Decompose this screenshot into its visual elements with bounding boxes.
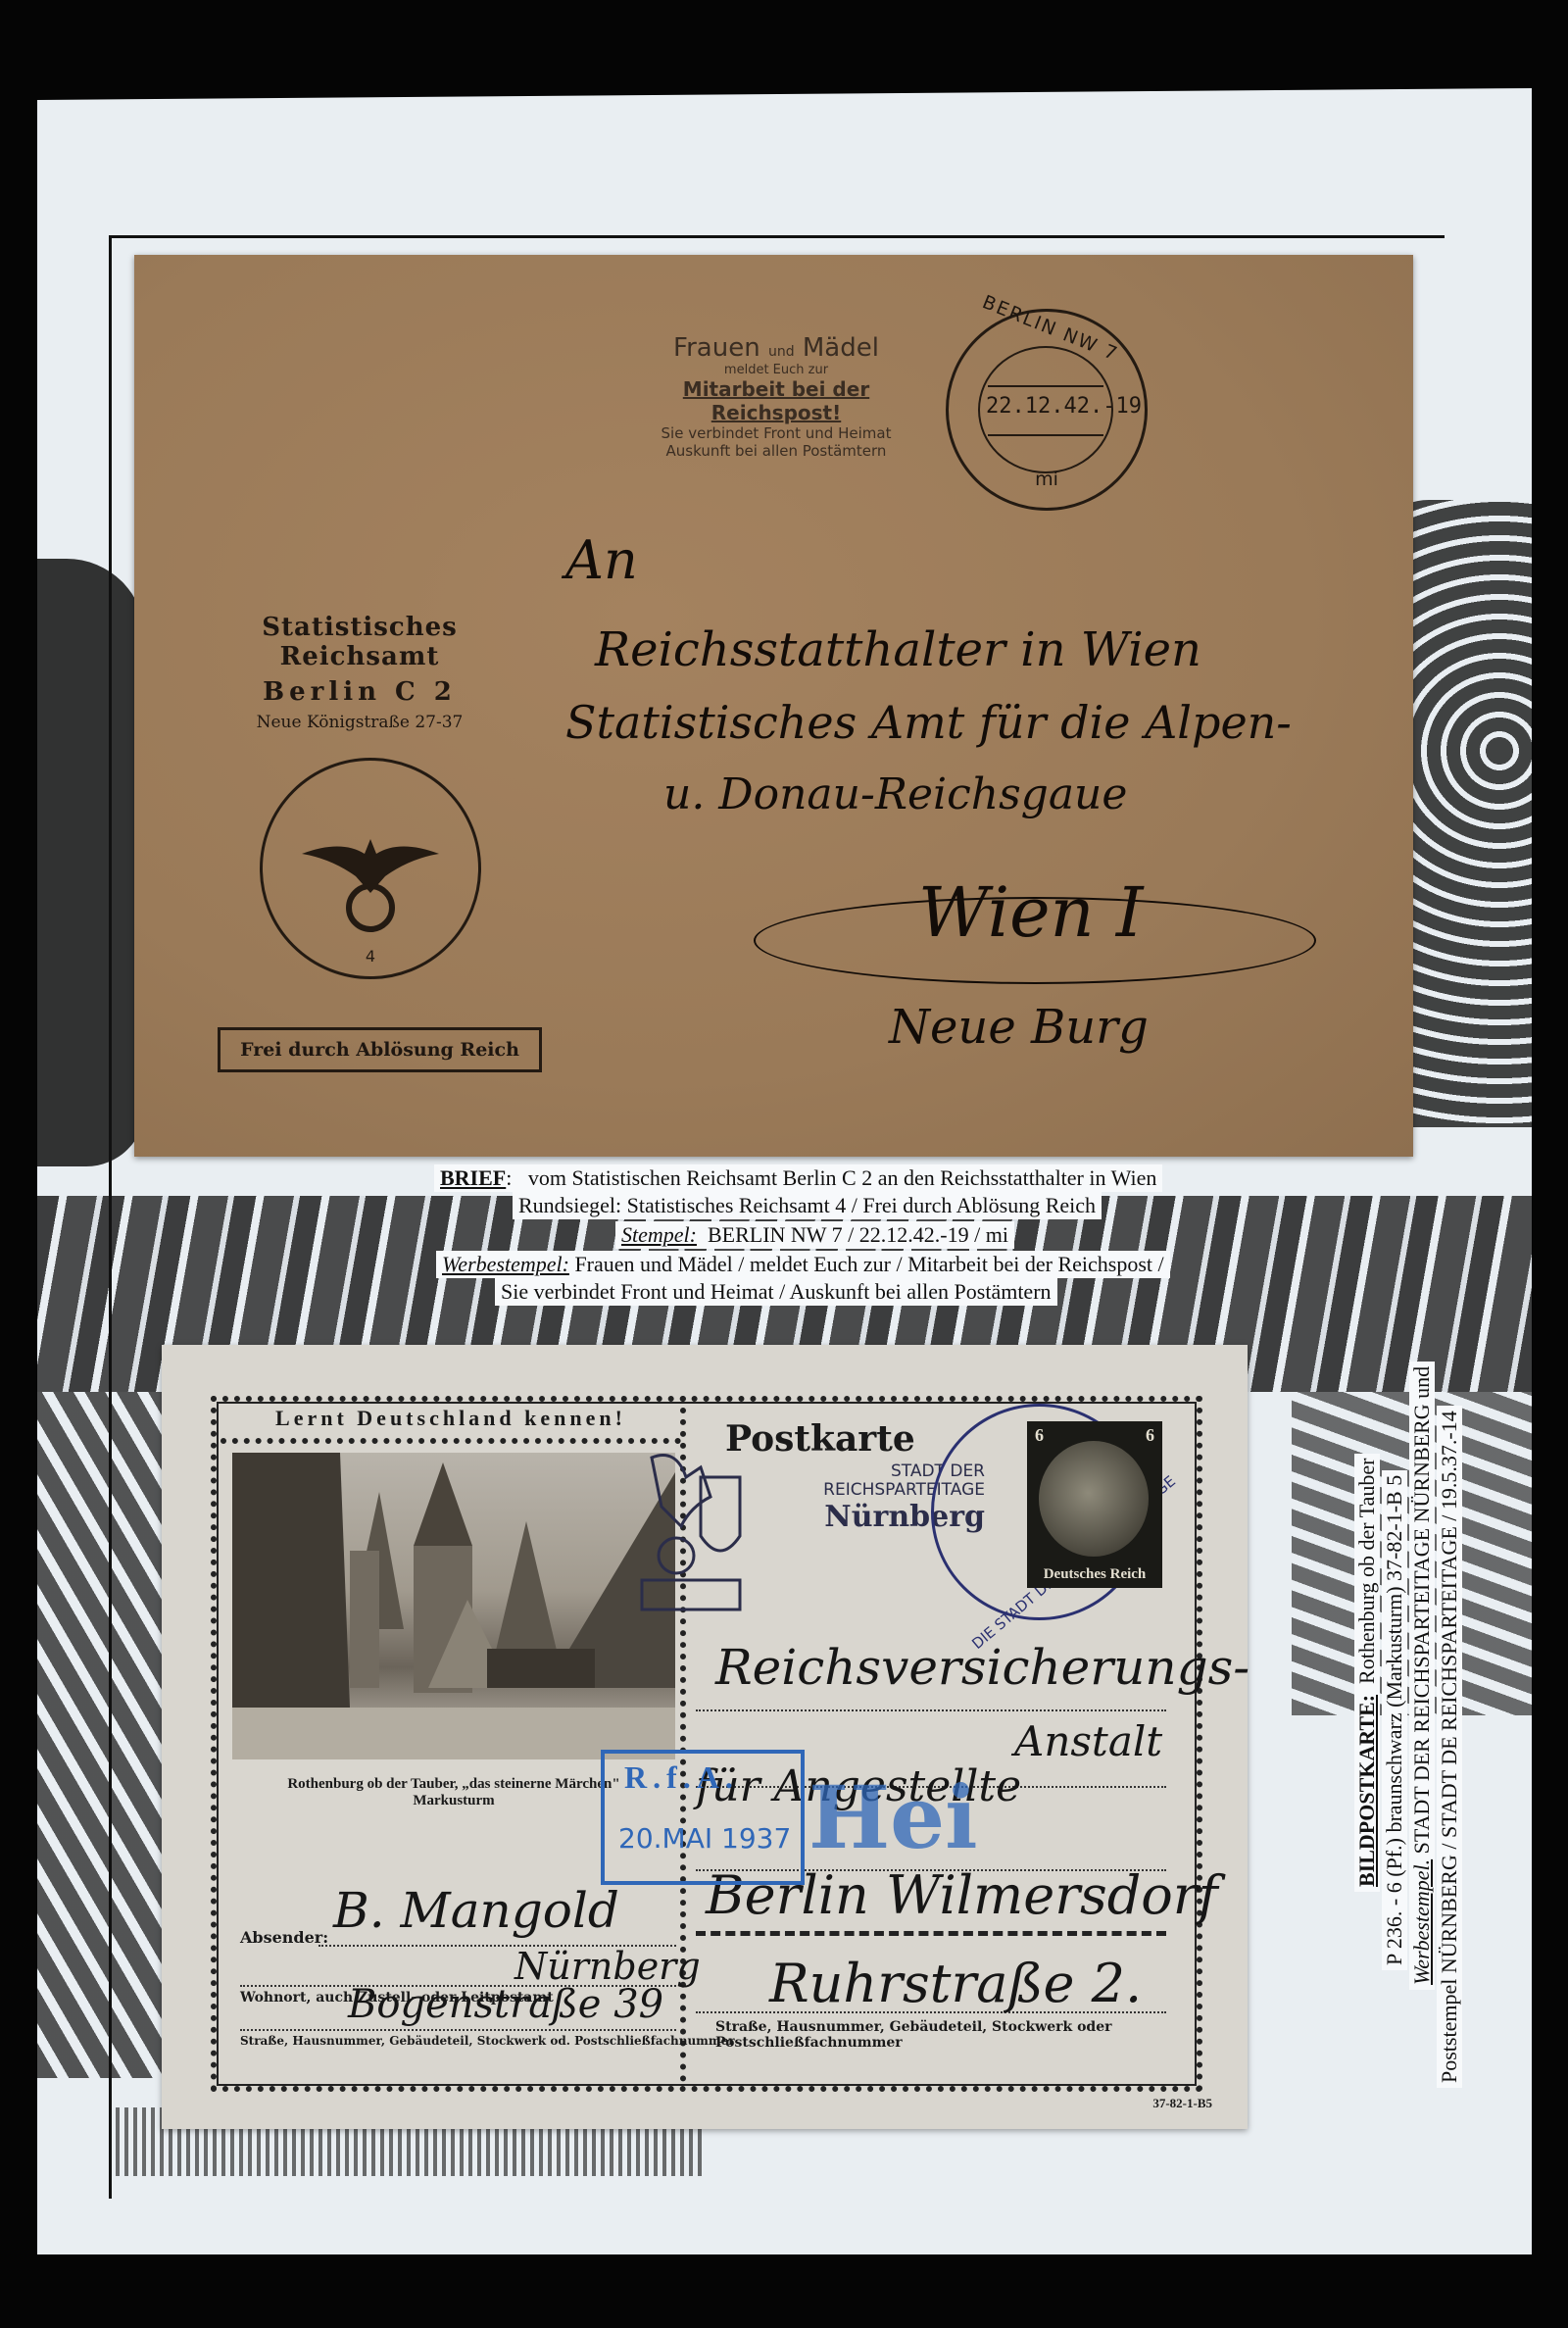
caption-werbestempel-cont: Sie verbindet Front und Heimat / Auskunf… — [495, 1278, 1057, 1306]
sender-line: Neue Königstraße 27-37 — [203, 713, 516, 732]
stamp-label: Deutsches Reich — [1027, 1566, 1162, 1583]
address-line: Statistisches Amt für die Alpen- — [565, 696, 1292, 749]
slogan-line: und — [768, 344, 795, 360]
caption-label: Werbestempel: — [442, 1252, 569, 1276]
slogan-cancel: Frauen und Mädel meldet Euch zur Mitarbe… — [629, 333, 923, 460]
address-rule-bold — [696, 1931, 1166, 1936]
address-line: Reichsversicherungs- — [715, 1639, 1249, 1696]
svg-text:4: 4 — [366, 947, 375, 966]
postmark-bar — [988, 434, 1103, 436]
eagle-emblem-icon: 4 — [263, 761, 478, 976]
print-code: 37-82-1-B5 — [1152, 2096, 1212, 2111]
caption-line: BILDPOSTKARTE: Rothenburg ob der Tauber — [1354, 1454, 1380, 1892]
sender-label: Absender: — [240, 1928, 328, 1947]
stamp-value: 6 — [1146, 1425, 1154, 1446]
caption-label: Stempel: — [621, 1222, 697, 1247]
sender-line: Berlin C 2 — [203, 677, 516, 707]
address-rule — [696, 1709, 1166, 1711]
slogan-line: Mitarbeit bei der Reichspost! — [629, 377, 923, 424]
postmark-date: 22.12.42.-19 — [986, 394, 1108, 419]
receipt-stamp: R.f.A. 20.MAI 1937 — [601, 1750, 805, 1885]
postmark: BERLIN NW 7 22.12.42.-19 mi — [946, 309, 1148, 511]
receipt-letters: Hei — [808, 1766, 978, 1868]
town-street-image-icon — [232, 1453, 675, 1759]
caption-line: P 236. - 6 (Pf.) braunschwarz (Markustur… — [1382, 1470, 1407, 1970]
caption-line: Poststempel NÜRNBERG / STADT DE REICHSPA… — [1437, 1406, 1462, 2088]
caption-stempel: Stempel: BERLIN NW 7 / 22.12.42.-19 / mi — [615, 1221, 1014, 1249]
sender-line: Statistisches Reichsamt — [203, 613, 516, 671]
caption-text: Rothenburg ob der Tauber — [1354, 1459, 1379, 1684]
address-city: Wien I — [918, 872, 1144, 953]
slogan-line: Frauen — [673, 333, 760, 363]
postage-stamp: 6 6 Deutsches Reich — [1027, 1421, 1162, 1588]
slogan-line: meldet Euch zur — [629, 363, 923, 377]
slogan-line: Sie verbindet Front und Heimat — [629, 424, 923, 442]
caption-text: BERLIN NW 7 / 22.12.42.-19 / mi — [708, 1222, 1008, 1247]
caption-text: vom Statistischen Reichsamt Berlin C 2 a… — [528, 1165, 1156, 1190]
postcard-title: Postkarte — [725, 1418, 915, 1460]
eagle-emblem-icon — [632, 1438, 750, 1614]
portrait-icon — [1039, 1441, 1149, 1557]
address-line: Ruhrstraße 2. — [769, 1953, 1142, 2014]
caption-line: Werbestempel. STADT DER REICHSPARTEITAGE… — [1409, 1362, 1435, 1990]
postmark-bar — [988, 385, 1103, 387]
caption-rundsiegel: Rundsiegel: Statistisches Reichsamt 4 / … — [513, 1192, 1102, 1219]
stamp-value: 6 — [1035, 1425, 1044, 1446]
caption-brief: BRIEF: vom Statistischen Reichsamt Berli… — [434, 1164, 1162, 1192]
address-line: Reichsstatthalter in Wien — [595, 622, 1201, 677]
caption-label: Werbestempel. — [1409, 1859, 1434, 1985]
frei-label: Frei durch Ablösung Reich — [218, 1027, 542, 1072]
postmark-code: mi — [949, 469, 1145, 490]
postcard-photo — [232, 1453, 675, 1759]
round-seal: 4 — [260, 758, 481, 979]
eagle-shield-emblem — [632, 1438, 750, 1614]
sender-rule — [240, 2029, 676, 2031]
address-line: An — [565, 529, 638, 591]
caption-label: BILDPOSTKARTE: — [1354, 1695, 1379, 1887]
postcard: Lernt Deutschland kennen! Rothenburg ob … — [162, 1345, 1248, 2129]
address-line: Neue Burg — [889, 1000, 1149, 1055]
sender-name: B. Mangold — [333, 1882, 619, 1939]
sender-street: Bogenstraße 39 — [348, 1982, 663, 2027]
address-line: Anstalt — [1014, 1717, 1162, 1765]
slogan-line: Auskunft bei allen Postämtern — [629, 442, 923, 460]
receipt-date: 20.MAI 1937 — [618, 1822, 791, 1855]
caption-text: Frauen und Mädel / meldet Euch zur / Mit… — [574, 1252, 1163, 1276]
address-line: u. Donau-Reichsgaue — [663, 769, 1127, 819]
slogan-line: Mädel — [803, 333, 879, 363]
caption-werbestempel: Werbestempel: Frauen und Mädel / meldet … — [436, 1251, 1170, 1278]
caption-text: STADT DER REICHSPARTEITAGE NÜRNBERG und — [1409, 1366, 1434, 1855]
caption-bildpostkarte: BILDPOSTKARTE: Rothenburg ob der Tauber … — [1354, 1333, 1472, 2088]
sender-imprint: Statistisches Reichsamt Berlin C 2 Neue … — [203, 613, 516, 732]
receipt-line: R.f.A. — [624, 1759, 739, 1796]
address-field-label: Straße, Hausnummer, Gebäudeteil, Stockwe… — [715, 2019, 1248, 2051]
sender-field-label: Straße, Hausnummer, Gebäudeteil, Stockwe… — [240, 2034, 735, 2048]
caption-label: BRIEF — [440, 1165, 506, 1190]
envelope: Frauen und Mädel meldet Euch zur Mitarbe… — [134, 255, 1413, 1157]
postcard-header: Lernt Deutschland kennen! — [220, 1399, 681, 1444]
